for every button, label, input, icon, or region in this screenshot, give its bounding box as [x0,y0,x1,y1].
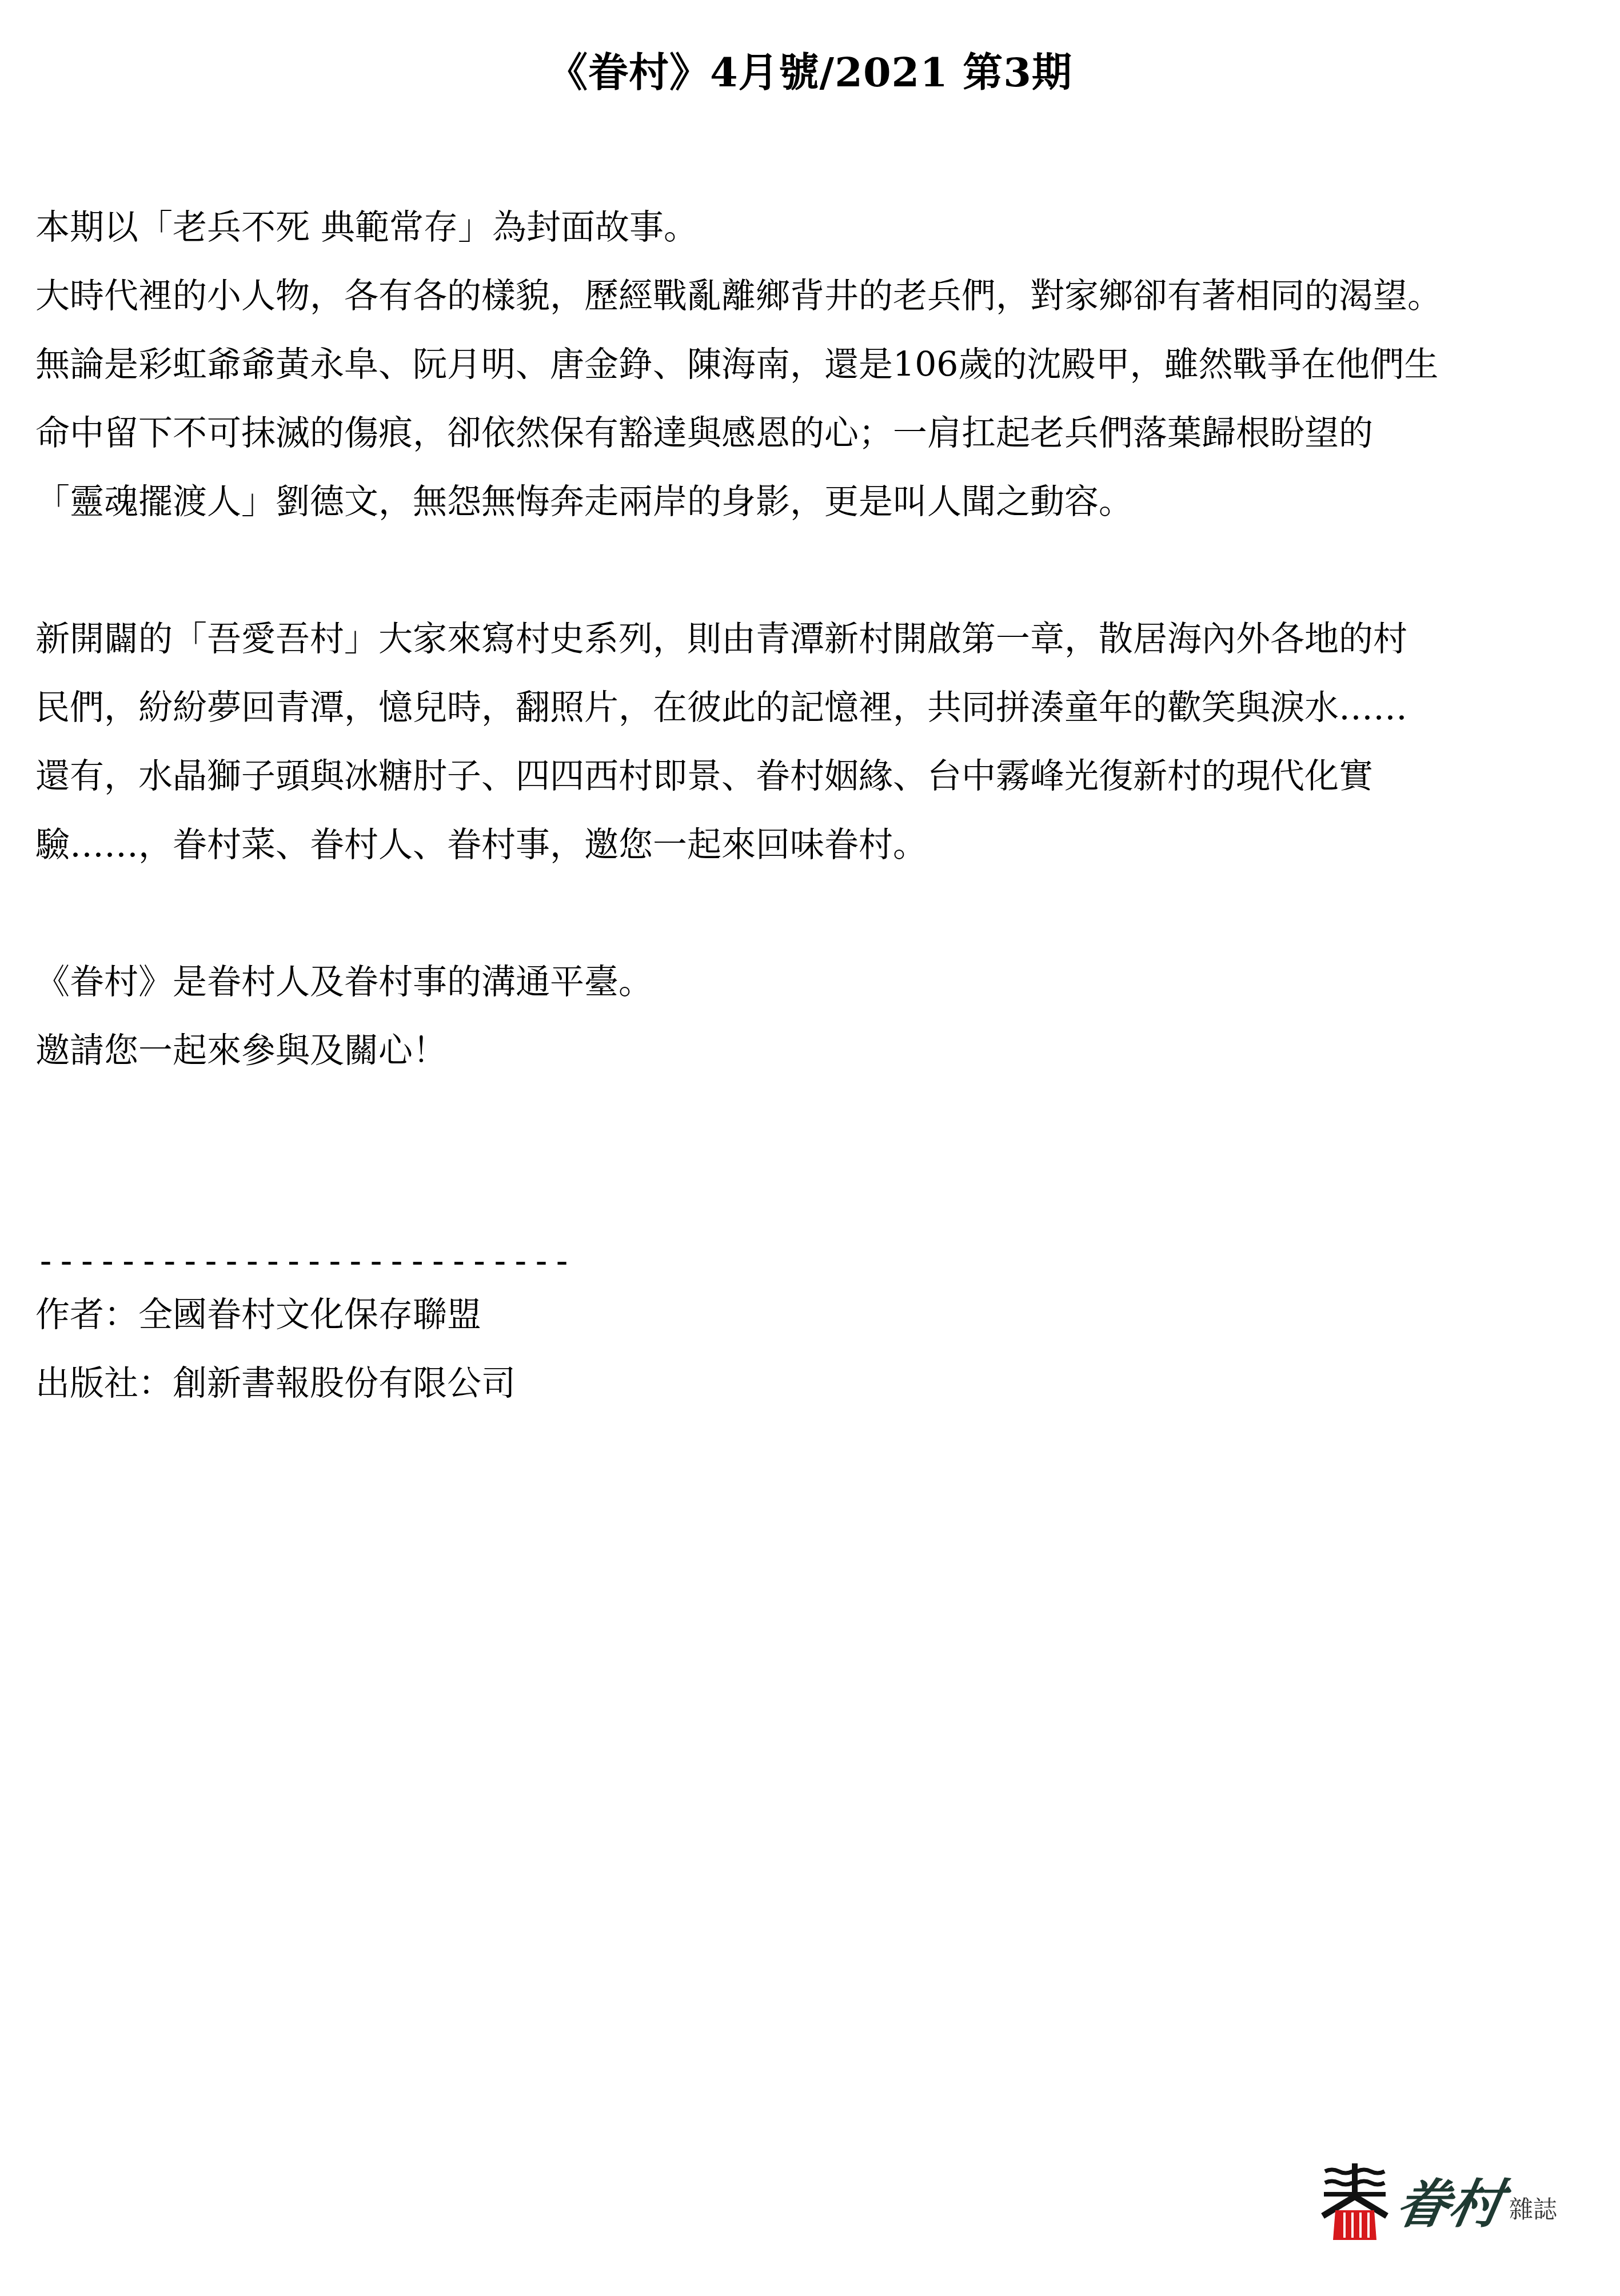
text-line: 新開闢的「吾愛吾村」大家來寫村史系列，則由青潭新村開啟第一章，散居海內外各地的村 [35,605,1602,673]
author-credit: 作者：全國眷村文化保存聯盟 [35,1281,516,1349]
text-line: 本期以「老兵不死 典範常存」為封面故事。 [35,193,1602,262]
logo-mark-icon [1320,2161,1389,2241]
text-line: 命中留下不可抹滅的傷痕，卻依然保有豁達與感恩的心；一肩扛起老兵們落葉歸根盼望的 [35,399,1602,468]
text-line: 無論是彩虹爺爺黃永阜、阮月明、唐金錚、陳海南，還是106歲的沈殿甲，雖然戰爭在他… [35,330,1602,399]
paragraph-gap [35,536,1602,605]
paragraph-cover-story: 本期以「老兵不死 典範常存」為封面故事。 大時代裡的小人物，各有各的樣貌，歷經戰… [35,193,1602,536]
page-title: 《眷村》4月號/2021 第3期 [0,35,1620,110]
paragraph-invitation: 《眷村》是眷村人及眷村事的溝通平臺。 邀請您一起來參與及關心！ [35,948,1602,1085]
publisher-credit: 出版社：創新書報股份有限公司 [35,1349,516,1418]
magazine-logo: 眷村 雜誌 [1320,2150,1561,2241]
paragraph-gap [35,879,1602,948]
text-line: 邀請您一起來參與及關心！ [35,1017,1602,1085]
text-line: 驗……，眷村菜、眷村人、眷村事，邀您一起來回味眷村。 [35,811,1602,879]
text-line: 《眷村》是眷村人及眷村事的溝通平臺。 [35,948,1602,1017]
logo-sub-text: 雜誌 [1509,2178,1557,2241]
text-line: 大時代裡的小人物，各有各的樣貌，歷經戰亂離鄉背井的老兵們，對家鄉卻有著相同的渴望… [35,262,1602,330]
text-line: 「靈魂擺渡人」劉德文，無怨無悔奔走兩岸的身影，更是叫人聞之動容。 [35,468,1602,536]
logo-script-text: 眷村 [1391,2167,1509,2241]
text-line: 還有，水晶獅子頭與冰糖肘子、四四西村即景、眷村姻緣、台中霧峰光復新村的現代化實 [35,742,1602,811]
credits: 作者：全國眷村文化保存聯盟 出版社：創新書報股份有限公司 [35,1281,516,1418]
article-body: 本期以「老兵不死 典範常存」為封面故事。 大時代裡的小人物，各有各的樣貌，歷經戰… [35,193,1602,1085]
paragraph-village-history: 新開闢的「吾愛吾村」大家來寫村史系列，則由青潭新村開啟第一章，散居海內外各地的村… [35,605,1602,879]
text-line: 民們，紛紛夢回青潭，憶兒時，翻照片，在彼此的記憶裡，共同拼湊童年的歡笑與淚水…… [35,673,1602,742]
